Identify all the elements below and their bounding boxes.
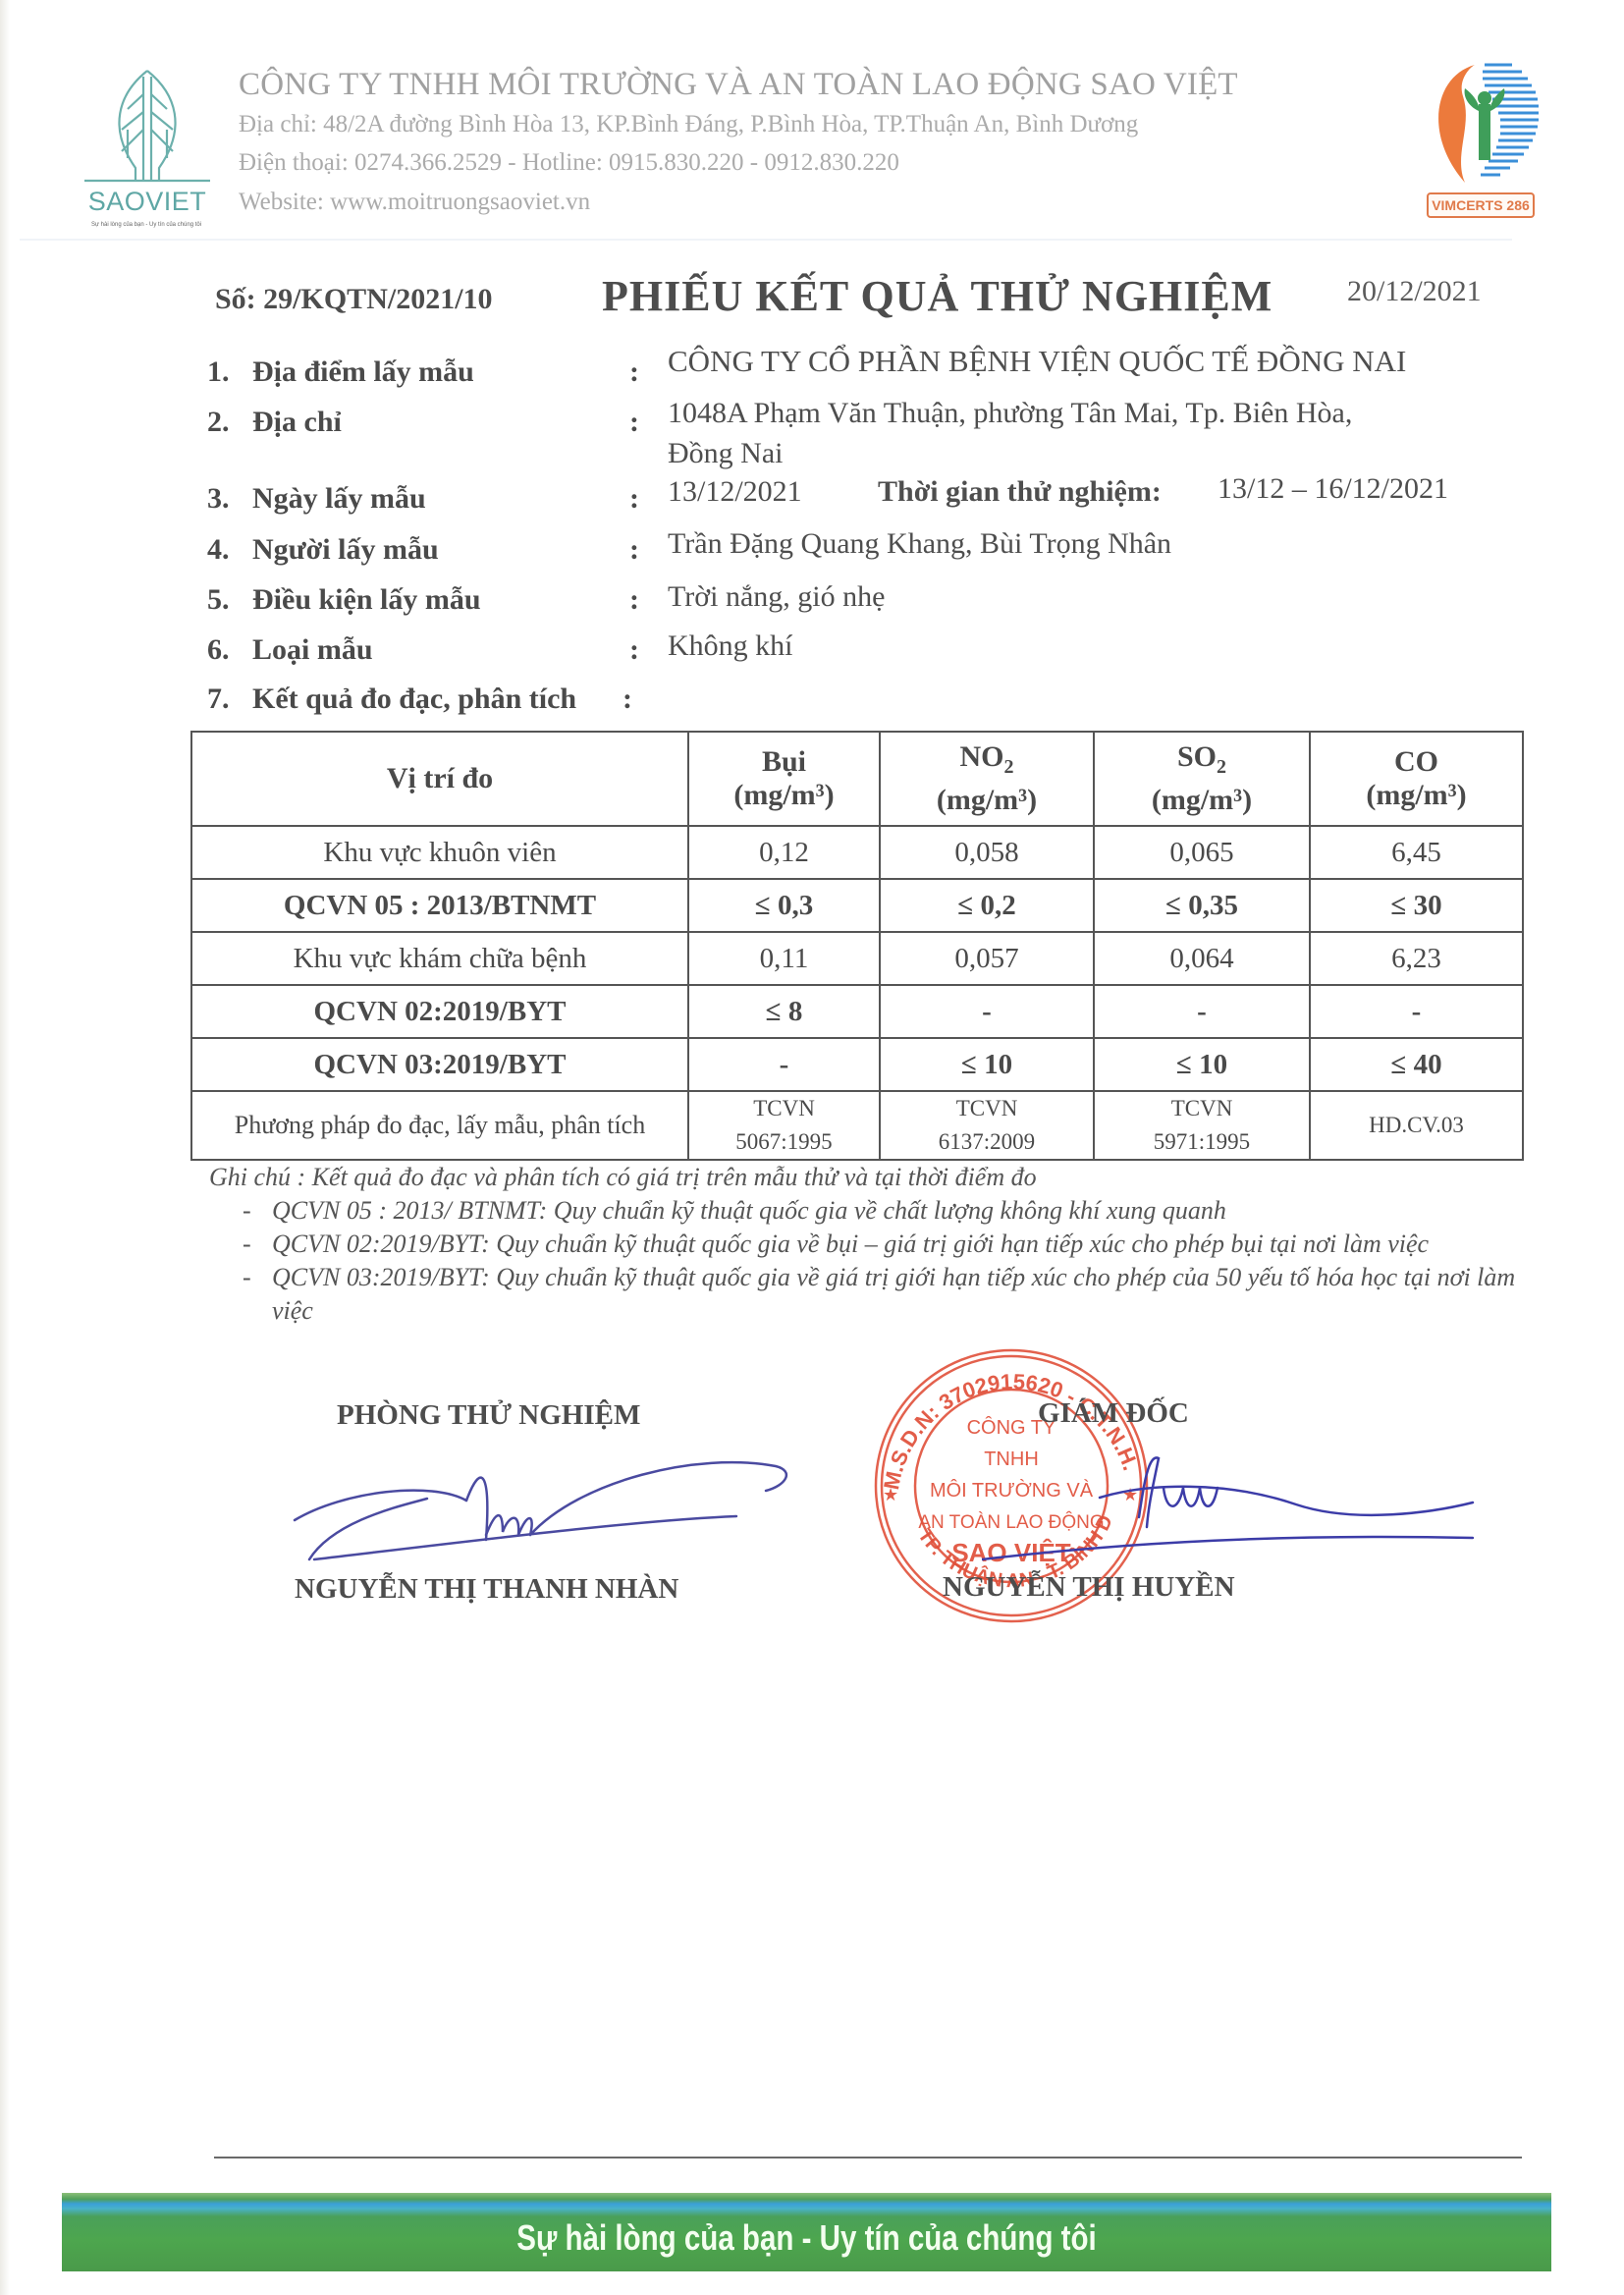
lab-signatory-name: NGUYỄN THỊ THANH NHÀN: [295, 1573, 678, 1606]
document-title: PHIẾU KẾT QUẢ THỬ NGHIỆM: [602, 271, 1272, 321]
row-label-cell: Phương pháp đo đạc, lấy mẫu, phân tích: [191, 1091, 688, 1160]
notes-heading: Ghi chú : Kết quả đo đạc và phân tích có…: [209, 1161, 1525, 1194]
info-label-location: 1.Địa điểm lấy mẫu: [207, 355, 474, 389]
value-cell: ≤ 0,3: [688, 879, 880, 932]
note-item: -QCVN 02:2019/BYT: Quy chuẩn kỹ thuật qu…: [209, 1228, 1525, 1261]
info-colon: :: [629, 583, 639, 617]
info-label-conditions: 5.Điều kiện lấy mẫu: [207, 583, 481, 617]
value-cell: 6,23: [1310, 932, 1523, 985]
table-row: QCVN 05 : 2013/BTNMT≤ 0,3≤ 0,2≤ 0,35≤ 30: [191, 879, 1523, 932]
table-header-row: Vị trí đo Bụi(mg/m³) NO2(mg/m³) SO2(mg/m…: [191, 732, 1523, 826]
info-label-results: 7.Kết quả đo đạc, phân tích: [207, 683, 576, 716]
info-value-location: CÔNG TY CỔ PHẦN BỆNH VIỆN QUỐC TẾ ĐỒNG N…: [668, 344, 1406, 379]
row-label-cell: QCVN 05 : 2013/BTNMT: [191, 879, 688, 932]
info-value-sample-type: Không khí: [668, 629, 793, 663]
director-signature-icon: [982, 1444, 1492, 1561]
value-cell: 0,064: [1094, 932, 1310, 985]
value-cell: 0,065: [1094, 826, 1310, 879]
value-cell: 0,11: [688, 932, 880, 985]
footer-banner: Sự hài lòng của bạn - Uy tín của chúng t…: [62, 2193, 1551, 2271]
info-colon: :: [629, 633, 639, 667]
info-value-test-period: 13/12 – 16/12/2021: [1218, 472, 1448, 506]
results-table: Vị trí đo Bụi(mg/m³) NO2(mg/m³) SO2(mg/m…: [190, 731, 1524, 1161]
col-header-no2: NO2(mg/m³): [880, 732, 1094, 826]
vimcerts-emblem-icon: [1414, 57, 1551, 190]
row-label-cell: QCVN 02:2019/BYT: [191, 985, 688, 1038]
director-signature-title: GIÁM ĐỐC: [1038, 1397, 1189, 1430]
note-item: -QCVN 03:2019/BYT: Quy chuẩn kỹ thuật qu…: [209, 1261, 1525, 1328]
header-divider: [20, 239, 1512, 241]
company-address: Địa chỉ: 48/2A đường Bình Hòa 13, KP.Bìn…: [239, 111, 1138, 138]
value-cell: ≤ 8: [688, 985, 880, 1038]
value-cell: -: [1094, 985, 1310, 1038]
document-date: 20/12/2021: [1347, 275, 1482, 308]
info-value-sample-date: 13/12/2021: [668, 475, 802, 509]
lab-signature-icon: [285, 1442, 815, 1569]
info-value-address-line2: Đồng Nai: [668, 437, 783, 470]
vimcerts-logo: VIMCERTS 286: [1414, 57, 1551, 224]
footer-divider: [214, 2157, 1522, 2158]
table-row: Khu vực khuôn viên0,120,0580,0656,45: [191, 826, 1523, 879]
value-cell: -: [880, 985, 1094, 1038]
footer-slogan: Sự hài lòng của bạn - Uy tín của chúng t…: [196, 2193, 1418, 2271]
info-colon: :: [623, 683, 632, 716]
info-colon: :: [629, 355, 639, 389]
value-cell: ≤ 40: [1310, 1038, 1523, 1091]
company-name: CÔNG TY TNHH MÔI TRƯỜNG VÀ AN TOÀN LAO Đ…: [239, 67, 1238, 103]
table-row: Khu vực khám chữa bệnh0,110,0570,0646,23: [191, 932, 1523, 985]
svg-text:★: ★: [883, 1485, 898, 1504]
logo-brand: SAOVIET: [79, 187, 216, 217]
value-cell: HD.CV.03: [1310, 1091, 1523, 1160]
value-cell: TCVN5971:1995: [1094, 1091, 1310, 1160]
info-colon: :: [629, 482, 639, 516]
info-label-address: 2.Địa chỉ: [207, 406, 342, 439]
saoviet-logo: SAOVIET Sự hài lòng của bạn - Uy tín của…: [79, 65, 216, 232]
table-row: QCVN 02:2019/BYT≤ 8---: [191, 985, 1523, 1038]
logo-tagline: Sự hài lòng của bạn - Uy tín của chúng t…: [82, 222, 210, 228]
value-cell: ≤ 0,35: [1094, 879, 1310, 932]
value-cell: 0,12: [688, 826, 880, 879]
lab-signature-title: PHÒNG THỬ NGHIỆM: [337, 1399, 640, 1432]
value-cell: 6,45: [1310, 826, 1523, 879]
col-header-so2: SO2(mg/m³): [1094, 732, 1310, 826]
info-colon: :: [629, 533, 639, 567]
note-item: -QCVN 05 : 2013/ BTNMT: Quy chuẩn kỹ thu…: [209, 1194, 1525, 1228]
scan-edge-shade: [0, 0, 10, 2295]
info-label-sample-type: 6.Loại mẫu: [207, 633, 373, 667]
value-cell: -: [1310, 985, 1523, 1038]
row-label-cell: Khu vực khuôn viên: [191, 826, 688, 879]
col-header-co: CO(mg/m³): [1310, 732, 1523, 826]
info-value-sampler: Trần Đặng Quang Khang, Bùi Trọng Nhân: [668, 527, 1171, 561]
leaf-icon: [79, 65, 216, 183]
row-label-cell: QCVN 03:2019/BYT: [191, 1038, 688, 1091]
info-value-address: 1048A Phạm Văn Thuận, phường Tân Mai, Tp…: [668, 397, 1352, 430]
info-value-conditions: Trời nắng, gió nhẹ: [668, 580, 885, 614]
value-cell: -: [688, 1038, 880, 1091]
info-label-test-period: Thời gian thử nghiệm:: [878, 475, 1162, 509]
value-cell: ≤ 10: [1094, 1038, 1310, 1091]
info-label-sample-date: 3.Ngày lấy mẫu: [207, 482, 426, 516]
value-cell: ≤ 0,2: [880, 879, 1094, 932]
row-label-cell: Khu vực khám chữa bệnh: [191, 932, 688, 985]
col-header-dust: Bụi(mg/m³): [688, 732, 880, 826]
table-row: QCVN 03:2019/BYT-≤ 10≤ 10≤ 40: [191, 1038, 1523, 1091]
notes-section: Ghi chú : Kết quả đo đạc và phân tích có…: [209, 1161, 1525, 1328]
vimcerts-badge: VIMCERTS 286: [1427, 192, 1535, 218]
info-label-sampler: 4.Người lấy mẫu: [207, 533, 439, 567]
col-header-location: Vị trí đo: [191, 732, 688, 826]
value-cell: TCVN5067:1995: [688, 1091, 880, 1160]
value-cell: 0,057: [880, 932, 1094, 985]
info-colon: :: [629, 406, 639, 439]
company-phone: Điện thoại: 0274.366.2529 - Hotline: 091…: [239, 149, 899, 177]
value-cell: 0,058: [880, 826, 1094, 879]
director-name: NGUYỄN THỊ HUYỀN: [943, 1571, 1235, 1604]
table-row: Phương pháp đo đạc, lấy mẫu, phân tíchTC…: [191, 1091, 1523, 1160]
company-website[interactable]: Website: www.moitruongsaoviet.vn: [239, 189, 590, 216]
value-cell: ≤ 10: [880, 1038, 1094, 1091]
value-cell: TCVN6137:2009: [880, 1091, 1094, 1160]
value-cell: ≤ 30: [1310, 879, 1523, 932]
document-number: Số: 29/KQTN/2021/10: [215, 283, 493, 316]
